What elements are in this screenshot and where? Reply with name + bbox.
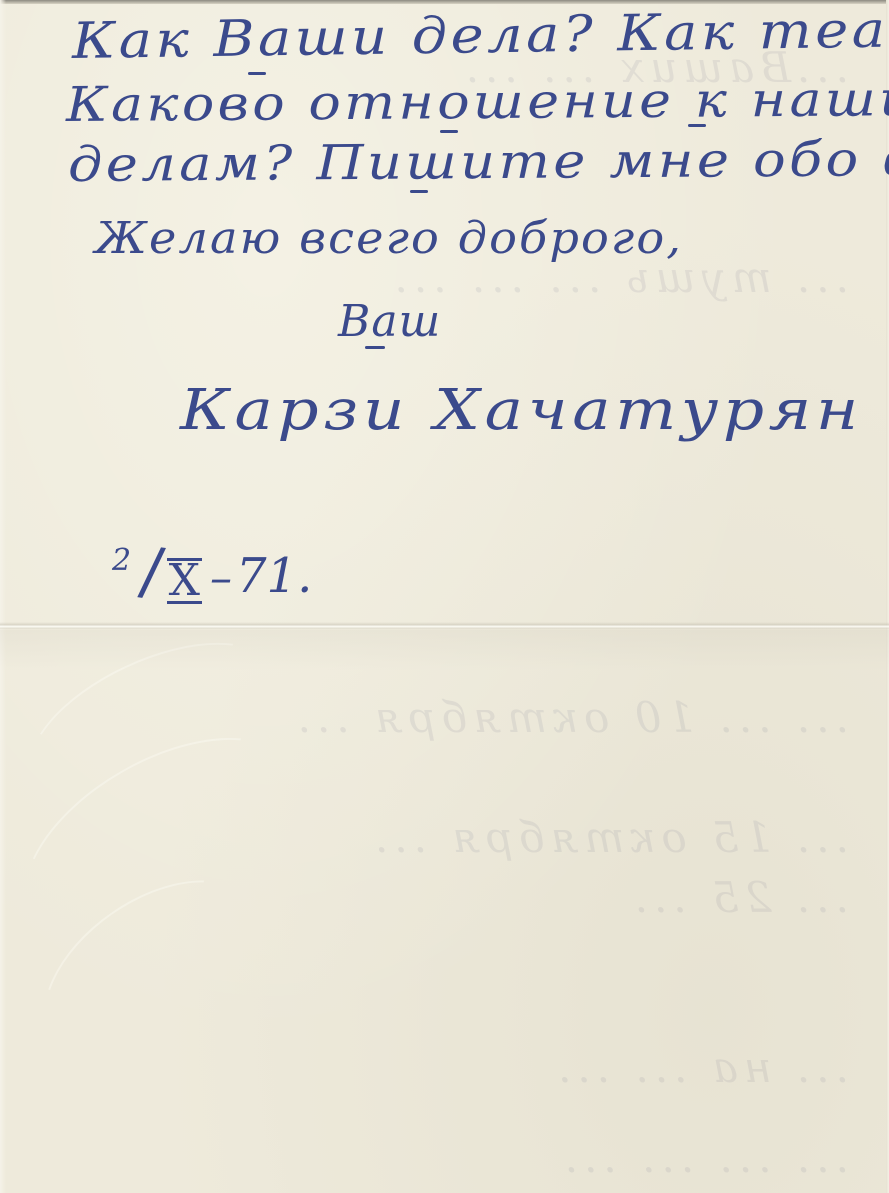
letter-closing: Желаю всего доброго,: [95, 213, 683, 264]
letter-underline-mark: [248, 72, 266, 75]
letter-valediction: Ваш: [338, 296, 441, 347]
letter-line-3: делам? Пишите мне обо всем.: [68, 130, 889, 193]
fold-line: [0, 622, 889, 630]
date-year: 71.: [236, 548, 312, 604]
letter-underline-mark: [365, 346, 385, 349]
letter-line-1: Как Ваши дела? Как театр?: [72, 0, 889, 70]
date-separator: /: [137, 539, 167, 605]
letter-page: ...Ваших ... ... ... тушь ... ... ... ..…: [0, 0, 889, 1193]
scanner-edge-left: [0, 0, 6, 1193]
bleed-line: ... на ... ...: [552, 1040, 849, 1096]
bleed-line: ... 15 октября ...: [369, 810, 849, 866]
letter-underline-mark: [410, 190, 428, 193]
fold-shadow: [0, 630, 889, 670]
date-month-roman: X: [167, 558, 202, 604]
letter-line-2: Каково отношение к нашим: [66, 71, 889, 133]
date-day: 2: [112, 543, 131, 578]
bleed-line: ... ... 10 октября ...: [292, 690, 849, 746]
date-dash: –: [210, 553, 232, 604]
letter-underline-mark: [440, 130, 458, 133]
letter-underline-mark: [688, 124, 706, 127]
letter-date: 2 / X – 71.: [112, 540, 312, 604]
bleed-line: ... 25 ...: [629, 870, 849, 926]
bleed-line: ... ... ... ...: [559, 1130, 849, 1186]
letter-signature: Карзи Хачатурян: [180, 378, 863, 443]
